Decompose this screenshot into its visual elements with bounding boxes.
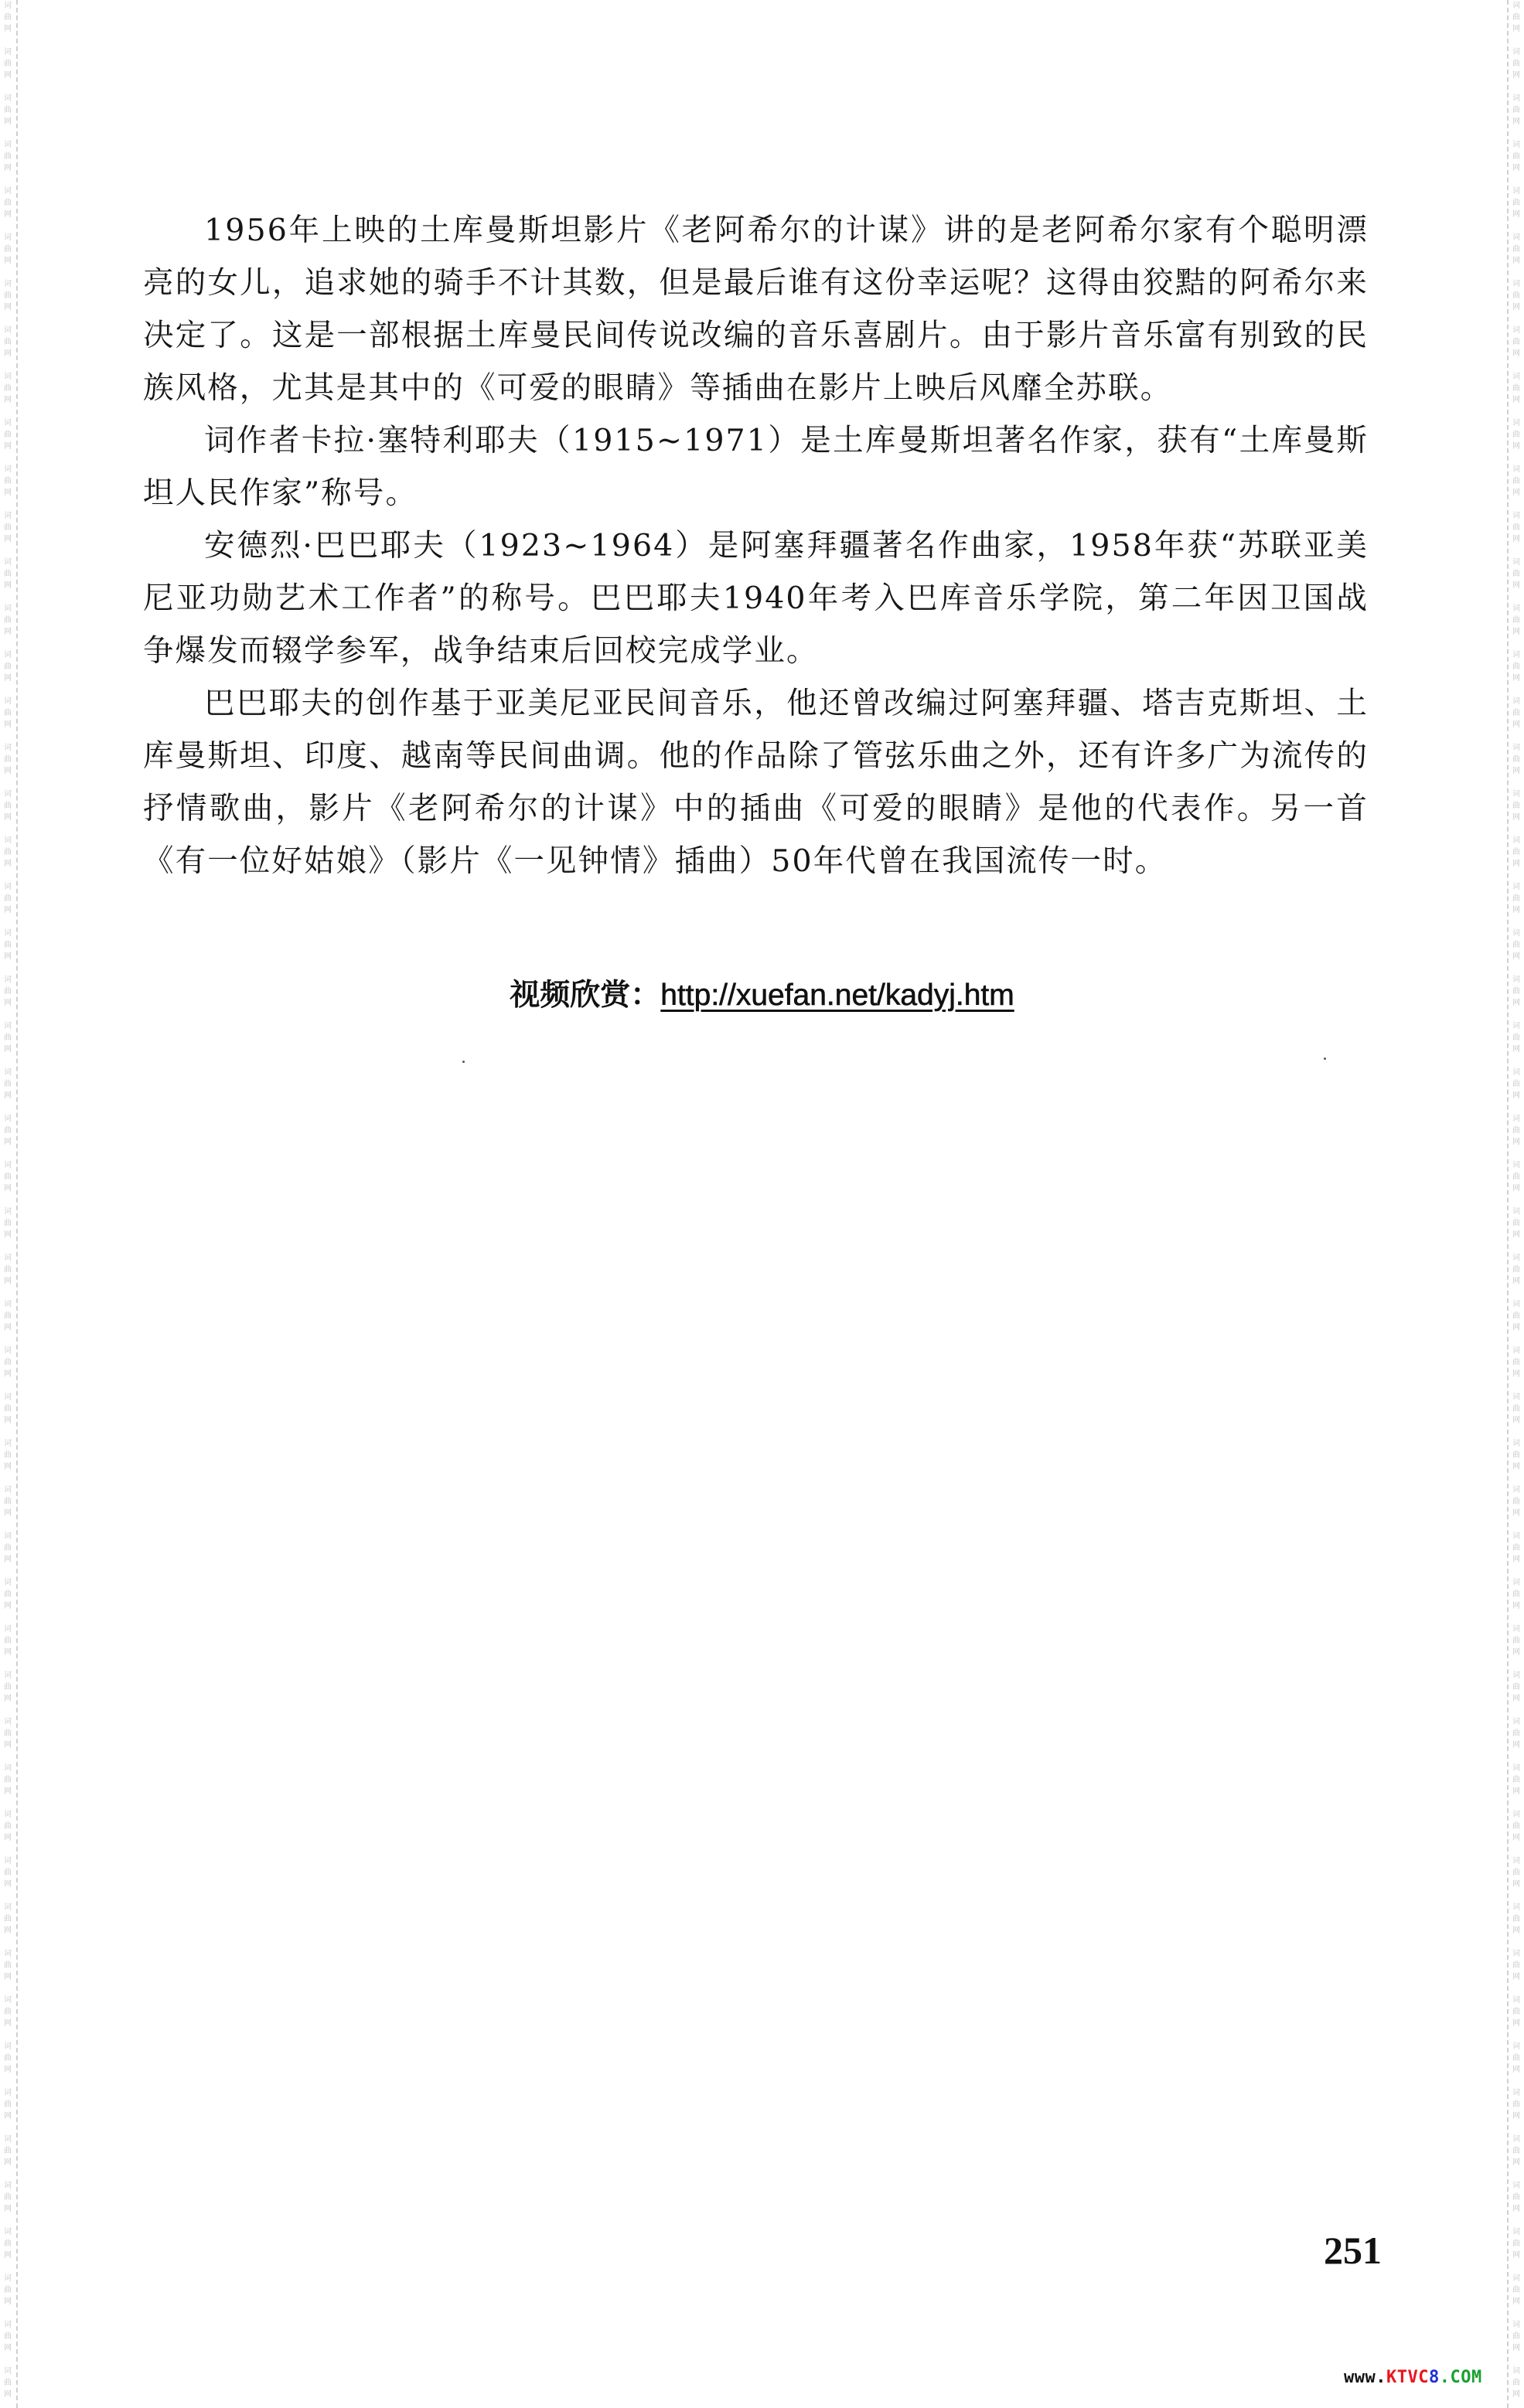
watermark-char: 网: [1512, 116, 1520, 128]
watermark-char: 曲: [4, 1542, 12, 1554]
watermark-char: 网: [1512, 1925, 1520, 1936]
watermark-char: 曲: [4, 1913, 12, 1925]
watermark-char: 曲: [4, 1589, 12, 1600]
watermark-char: 词: [4, 1299, 12, 1310]
watermark-group: 词曲网: [1511, 139, 1522, 186]
video-link[interactable]: http://xuefan.net/kadyj.htm: [660, 979, 1014, 1012]
watermark-char: 曲: [1512, 1357, 1520, 1368]
watermark-char: 曲: [4, 615, 12, 626]
watermark-char: 曲: [1512, 244, 1520, 255]
watermark-char: 网: [1512, 1647, 1520, 1658]
watermark-char: 词: [4, 1670, 12, 1681]
watermark-char: 曲: [4, 893, 12, 904]
watermark-char: 网: [4, 1925, 12, 1936]
watermark-char: 网: [1512, 1368, 1520, 1380]
watermark-char: 曲: [4, 1218, 12, 1229]
watermark-char: 曲: [1512, 1820, 1520, 1832]
watermark-char: 网: [4, 2250, 12, 2261]
watermark-char: 曲: [1512, 2238, 1520, 2250]
watermark-char: 词: [1512, 835, 1520, 846]
watermark-char: 词: [4, 2365, 12, 2377]
watermark-char: 词: [4, 1994, 12, 2006]
watermark-char: 曲: [1512, 1032, 1520, 1044]
watermark-group: 词曲网: [1511, 2087, 1522, 2134]
watermark-char: 网: [1512, 1322, 1520, 1333]
watermark-char: 词: [4, 1716, 12, 1728]
watermark-char: 网: [4, 301, 12, 313]
watermark-char: 词: [4, 232, 12, 244]
watermark-char: 曲: [4, 2238, 12, 2250]
watermark-char: 词: [1512, 788, 1520, 800]
watermark-group: 词曲网: [2, 742, 13, 788]
watermark-char: 曲: [1512, 893, 1520, 904]
watermark-char: 曲: [1512, 1589, 1520, 1600]
watermark-char: 曲: [4, 1960, 12, 1971]
watermark-char: 曲: [1512, 2099, 1520, 2110]
watermark-char: 曲: [4, 1681, 12, 1693]
watermark-char: 曲: [1512, 1913, 1520, 1925]
watermark-char: 曲: [4, 522, 12, 533]
watermark-char: 曲: [4, 1310, 12, 1322]
watermark-char: 曲: [1512, 615, 1520, 626]
watermark-char: 网: [1512, 2342, 1520, 2354]
watermark-char: 词: [1512, 46, 1520, 58]
site-logo-www: www.: [1344, 2368, 1386, 2387]
watermark-char: 网: [4, 1276, 12, 1287]
watermark-group: 词曲网: [1511, 186, 1522, 232]
watermark-char: 网: [1512, 2157, 1520, 2168]
watermark-char: 词: [4, 1438, 12, 1449]
watermark-char: 曲: [4, 2284, 12, 2296]
watermark-group: 词曲网: [2, 2134, 13, 2180]
watermark-char: 词: [1512, 232, 1520, 244]
watermark-char: 曲: [4, 661, 12, 673]
watermark-char: 网: [4, 2203, 12, 2215]
watermark-char: 网: [4, 1368, 12, 1380]
watermark-char: 曲: [1512, 707, 1520, 719]
watermark-group: 词曲网: [2, 46, 13, 93]
watermark-group: 词曲网: [2, 1252, 13, 1299]
watermark-char: 曲: [1512, 2006, 1520, 2018]
watermark-group: 词曲网: [2, 1670, 13, 1716]
watermark-char: 曲: [1512, 1310, 1520, 1322]
watermark-group: 词曲网: [2, 1067, 13, 1113]
watermark-char: 网: [4, 1693, 12, 1705]
watermark-char: 曲: [1512, 1218, 1520, 1229]
watermark-char: 词: [4, 1345, 12, 1357]
watermark-char: 词: [1512, 278, 1520, 290]
video-appreciation-line: 视频欣赏：http://xuefan.net/kadyj.htm: [0, 971, 1524, 1014]
watermark-char: 网: [1512, 1507, 1520, 1519]
watermark-group: 词曲网: [1511, 1577, 1522, 1623]
watermark-char: 曲: [1512, 939, 1520, 951]
watermark-char: 曲: [1512, 1960, 1520, 1971]
watermark-char: 网: [4, 1322, 12, 1333]
watermark-char: 曲: [4, 2052, 12, 2064]
watermark-char: 网: [1512, 1600, 1520, 1612]
watermark-group: 词曲网: [1511, 742, 1522, 788]
watermark-char: 词: [1512, 603, 1520, 615]
watermark-char: 网: [1512, 719, 1520, 731]
watermark-group: 词曲网: [2, 1484, 13, 1531]
watermark-char: 曲: [4, 1496, 12, 1507]
watermark-group: 词曲网: [2, 881, 13, 928]
watermark-char: 词: [4, 696, 12, 707]
watermark-char: 曲: [4, 336, 12, 348]
watermark-group: 词曲网: [1511, 1484, 1522, 1531]
watermark-char: 网: [1512, 2110, 1520, 2122]
watermark-char: 网: [1512, 1415, 1520, 1426]
watermark-char: 词: [1512, 1948, 1520, 1960]
watermark-char: 网: [1512, 580, 1520, 591]
watermark-char: 词: [1512, 2365, 1520, 2377]
watermark-char: 词: [1512, 1670, 1520, 1681]
article-body: 1956年上映的土库曼斯坦影片《老阿希尔的计谋》讲的是老阿希尔家有个聪明漂亮的女…: [143, 204, 1369, 887]
watermark-char: 词: [1512, 186, 1520, 197]
watermark-group: 词曲网: [1511, 1948, 1522, 1994]
watermark-char: 曲: [1512, 104, 1520, 116]
watermark-char: 网: [4, 2018, 12, 2029]
watermark-char: 词: [1512, 2087, 1520, 2099]
watermark-group: 词曲网: [1511, 371, 1522, 417]
watermark-char: 词: [4, 2180, 12, 2192]
watermark-char: 曲: [4, 12, 12, 23]
watermark-char: 词: [1512, 1345, 1520, 1357]
watermark-char: 曲: [1512, 1867, 1520, 1878]
watermark-group: 词曲网: [2, 1391, 13, 1438]
watermark-group: 词曲网: [2, 464, 13, 510]
watermark-char: 词: [1512, 742, 1520, 754]
watermark-char: 曲: [1512, 12, 1520, 23]
watermark-char: 网: [1512, 1739, 1520, 1751]
watermark-char: 网: [4, 2389, 12, 2400]
left-watermark-column: 词曲网词曲网词曲网词曲网词曲网词曲网词曲网词曲网词曲网词曲网词曲网词曲网词曲网词…: [2, 0, 13, 2408]
site-logo: www.KTVC8.COM: [1344, 2368, 1482, 2387]
watermark-char: 网: [4, 487, 12, 499]
watermark-char: 网: [1512, 2203, 1520, 2215]
watermark-char: 词: [4, 1902, 12, 1913]
watermark-char: 曲: [4, 429, 12, 441]
watermark-char: 网: [1512, 1693, 1520, 1705]
left-margin-rule: [16, 0, 18, 2408]
watermark-group: 词曲网: [2, 1716, 13, 1763]
watermark-char: 网: [1512, 301, 1520, 313]
watermark-char: 网: [1512, 487, 1520, 499]
watermark-char: 网: [4, 348, 12, 359]
watermark-char: 词: [4, 325, 12, 336]
watermark-char: 曲: [4, 383, 12, 394]
watermark-char: 曲: [1512, 58, 1520, 70]
watermark-group: 词曲网: [2, 649, 13, 696]
watermark-char: 曲: [4, 1032, 12, 1044]
watermark-group: 词曲网: [1511, 696, 1522, 742]
watermark-char: 词: [1512, 1391, 1520, 1403]
watermark-char: 曲: [1512, 1125, 1520, 1136]
watermark-char: 网: [1512, 812, 1520, 823]
watermark-char: 网: [1512, 1044, 1520, 1055]
watermark-char: 网: [4, 812, 12, 823]
watermark-char: 曲: [1512, 1449, 1520, 1461]
watermark-char: 网: [4, 116, 12, 128]
watermark-group: 词曲网: [2, 232, 13, 278]
watermark-char: 曲: [1512, 1774, 1520, 1786]
watermark-char: 曲: [1512, 290, 1520, 301]
watermark-char: 词: [4, 649, 12, 661]
watermark-char: 曲: [1512, 522, 1520, 533]
watermark-char: 词: [4, 788, 12, 800]
watermark-char: 词: [1512, 371, 1520, 383]
watermark-char: 词: [4, 278, 12, 290]
watermark-char: 网: [4, 2157, 12, 2168]
watermark-group: 词曲网: [1511, 464, 1522, 510]
watermark-group: 词曲网: [2, 186, 13, 232]
watermark-char: 曲: [1512, 1403, 1520, 1415]
watermark-char: 曲: [1512, 1264, 1520, 1276]
watermark-char: 曲: [4, 2331, 12, 2342]
watermark-char: 网: [1512, 70, 1520, 81]
watermark-char: 曲: [4, 939, 12, 951]
watermark-char: 词: [1512, 1438, 1520, 1449]
watermark-char: 网: [1512, 904, 1520, 916]
watermark-char: 词: [1512, 1067, 1520, 1078]
watermark-char: 网: [1512, 209, 1520, 220]
watermark-char: 网: [4, 1971, 12, 1983]
watermark-char: 曲: [4, 707, 12, 719]
watermark-char: 词: [1512, 93, 1520, 104]
watermark-char: 曲: [4, 2145, 12, 2157]
watermark-group: 词曲网: [1511, 1160, 1522, 1206]
watermark-char: 曲: [4, 1728, 12, 1739]
watermark-char: 网: [4, 70, 12, 81]
watermark-group: 词曲网: [2, 1855, 13, 1902]
watermark-group: 词曲网: [1511, 1763, 1522, 1809]
watermark-char: 曲: [1512, 754, 1520, 765]
watermark-group: 词曲网: [1511, 835, 1522, 881]
watermark-char: 词: [1512, 1299, 1520, 1310]
watermark-group: 词曲网: [1511, 2134, 1522, 2180]
watermark-char: 网: [1512, 1461, 1520, 1473]
watermark-group: 词曲网: [1511, 928, 1522, 974]
watermark-group: 词曲网: [1511, 1299, 1522, 1345]
watermark-group: 词曲网: [2, 278, 13, 325]
site-logo-ktvc: KTVC: [1386, 2368, 1429, 2387]
watermark-group: 词曲网: [1511, 2319, 1522, 2365]
watermark-char: 曲: [1512, 1078, 1520, 1090]
right-margin-rule: [1507, 0, 1509, 2408]
watermark-char: 网: [4, 2342, 12, 2354]
watermark-char: 词: [4, 742, 12, 754]
watermark-char: 词: [4, 1160, 12, 1171]
watermark-char: 词: [1512, 1484, 1520, 1496]
paragraph-film-intro: 1956年上映的土库曼斯坦影片《老阿希尔的计谋》讲的是老阿希尔家有个聪明漂亮的女…: [143, 204, 1369, 414]
watermark-char: 曲: [4, 475, 12, 487]
watermark-char: 词: [1512, 139, 1520, 151]
watermark-char: 词: [1512, 1020, 1520, 1032]
watermark-group: 词曲网: [1511, 1623, 1522, 1670]
watermark-char: 曲: [4, 1264, 12, 1276]
watermark-char: 曲: [1512, 1681, 1520, 1693]
watermark-char: 词: [4, 417, 12, 429]
video-label: 视频欣赏：: [510, 979, 660, 1012]
watermark-char: 网: [1512, 626, 1520, 638]
watermark-group: 词曲网: [1511, 1994, 1522, 2041]
watermark-char: 网: [4, 533, 12, 545]
watermark-char: 词: [4, 0, 12, 12]
watermark-char: 曲: [1512, 151, 1520, 162]
watermark-char: 曲: [1512, 429, 1520, 441]
watermark-char: 网: [4, 580, 12, 591]
watermark-char: 词: [4, 510, 12, 522]
watermark-char: 网: [4, 2064, 12, 2076]
watermark-char: 网: [4, 951, 12, 962]
watermark-char: 曲: [4, 754, 12, 765]
watermark-group: 词曲网: [1511, 1855, 1522, 1902]
watermark-char: 曲: [4, 568, 12, 580]
watermark-group: 词曲网: [2, 93, 13, 139]
watermark-group: 词曲网: [2, 696, 13, 742]
watermark-group: 词曲网: [1511, 417, 1522, 464]
watermark-char: 网: [4, 1044, 12, 1055]
watermark-char: 曲: [1512, 2284, 1520, 2296]
watermark-char: 词: [1512, 464, 1520, 475]
watermark-char: 网: [4, 626, 12, 638]
watermark-char: 曲: [4, 2377, 12, 2389]
watermark-char: 词: [4, 881, 12, 893]
watermark-group: 词曲网: [1511, 788, 1522, 835]
watermark-char: 网: [4, 719, 12, 731]
watermark-char: 网: [4, 1229, 12, 1241]
watermark-char: 网: [4, 1739, 12, 1751]
watermark-char: 词: [1512, 2041, 1520, 2052]
watermark-char: 曲: [4, 1078, 12, 1090]
watermark-char: 网: [4, 673, 12, 684]
watermark-group: 词曲网: [1511, 2041, 1522, 2087]
watermark-char: 词: [4, 1020, 12, 1032]
watermark-char: 曲: [4, 2099, 12, 2110]
watermark-char: 词: [4, 46, 12, 58]
watermark-char: 曲: [4, 2006, 12, 2018]
watermark-char: 词: [1512, 1577, 1520, 1589]
watermark-group: 词曲网: [1511, 1670, 1522, 1716]
watermark-char: 词: [4, 464, 12, 475]
watermark-group: 词曲网: [2, 139, 13, 186]
watermark-char: 曲: [4, 1449, 12, 1461]
watermark-group: 词曲网: [2, 417, 13, 464]
watermark-char: 曲: [4, 1867, 12, 1878]
watermark-group: 词曲网: [1511, 325, 1522, 371]
watermark-char: 词: [4, 835, 12, 846]
watermark-char: 词: [1512, 696, 1520, 707]
watermark-char: 词: [1512, 2319, 1520, 2331]
watermark-group: 词曲网: [1511, 1206, 1522, 1252]
watermark-char: 词: [4, 93, 12, 104]
watermark-group: 词曲网: [2, 603, 13, 649]
watermark-group: 词曲网: [1511, 649, 1522, 696]
watermark-char: 词: [1512, 1206, 1520, 1218]
watermark-char: 曲: [1512, 2331, 1520, 2342]
watermark-char: 词: [4, 1206, 12, 1218]
watermark-group: 词曲网: [1511, 2226, 1522, 2273]
watermark-group: 词曲网: [2, 835, 13, 881]
watermark-group: 词曲网: [1511, 510, 1522, 557]
watermark-char: 曲: [1512, 2377, 1520, 2389]
watermark-char: 词: [1512, 881, 1520, 893]
watermark-group: 词曲网: [2, 2365, 13, 2408]
watermark-char: 词: [1512, 2273, 1520, 2284]
watermark-group: 词曲网: [2, 371, 13, 417]
watermark-group: 词曲网: [2, 1438, 13, 1484]
watermark-char: 词: [1512, 1623, 1520, 1635]
watermark-group: 词曲网: [2, 1160, 13, 1206]
watermark-char: 词: [4, 1113, 12, 1125]
watermark-group: 词曲网: [2, 510, 13, 557]
watermark-char: 网: [4, 255, 12, 267]
watermark-char: 网: [1512, 2389, 1520, 2400]
watermark-char: 网: [1512, 1786, 1520, 1797]
site-logo-eight: 8: [1429, 2368, 1440, 2387]
watermark-group: 词曲网: [1511, 278, 1522, 325]
watermark-char: 词: [4, 2273, 12, 2284]
watermark-char: 网: [4, 394, 12, 406]
watermark-group: 词曲网: [1511, 1391, 1522, 1438]
watermark-char: 词: [4, 1948, 12, 1960]
watermark-char: 网: [1512, 1229, 1520, 1241]
watermark-char: 词: [4, 186, 12, 197]
watermark-char: 词: [1512, 557, 1520, 568]
watermark-char: 词: [4, 1484, 12, 1496]
watermark-group: 词曲网: [1511, 2365, 1522, 2408]
watermark-group: 词曲网: [2, 2273, 13, 2319]
watermark-group: 词曲网: [2, 1763, 13, 1809]
scan-speck: [1324, 1058, 1326, 1060]
watermark-char: 网: [1512, 673, 1520, 684]
watermark-char: 曲: [1512, 197, 1520, 209]
watermark-char: 网: [1512, 1183, 1520, 1194]
watermark-char: 网: [1512, 23, 1520, 35]
watermark-char: 曲: [4, 244, 12, 255]
watermark-char: 曲: [1512, 475, 1520, 487]
watermark-group: 词曲网: [2, 1345, 13, 1391]
watermark-char: 词: [1512, 1160, 1520, 1171]
watermark-char: 词: [4, 557, 12, 568]
watermark-group: 词曲网: [1511, 1902, 1522, 1948]
watermark-char: 曲: [1512, 568, 1520, 580]
watermark-char: 网: [4, 162, 12, 174]
watermark-char: 网: [4, 1461, 12, 1473]
watermark-char: 网: [1512, 1136, 1520, 1148]
watermark-group: 词曲网: [2, 788, 13, 835]
watermark-group: 词曲网: [2, 1948, 13, 1994]
watermark-group: 词曲网: [1511, 1531, 1522, 1577]
watermark-char: 曲: [4, 1820, 12, 1832]
watermark-char: 网: [1512, 394, 1520, 406]
watermark-char: 词: [1512, 928, 1520, 939]
watermark-char: 网: [1512, 2250, 1520, 2261]
watermark-char: 曲: [1512, 383, 1520, 394]
watermark-char: 网: [1512, 1276, 1520, 1287]
watermark-char: 词: [4, 1531, 12, 1542]
watermark-group: 词曲网: [2, 1809, 13, 1855]
watermark-group: 词曲网: [2, 1531, 13, 1577]
watermark-char: 网: [1512, 348, 1520, 359]
watermark-char: 词: [4, 2319, 12, 2331]
watermark-char: 网: [4, 1183, 12, 1194]
watermark-char: 词: [4, 1577, 12, 1589]
watermark-char: 曲: [4, 197, 12, 209]
watermark-char: 词: [4, 1067, 12, 1078]
watermark-char: 网: [1512, 951, 1520, 962]
watermark-char: 词: [4, 1763, 12, 1774]
